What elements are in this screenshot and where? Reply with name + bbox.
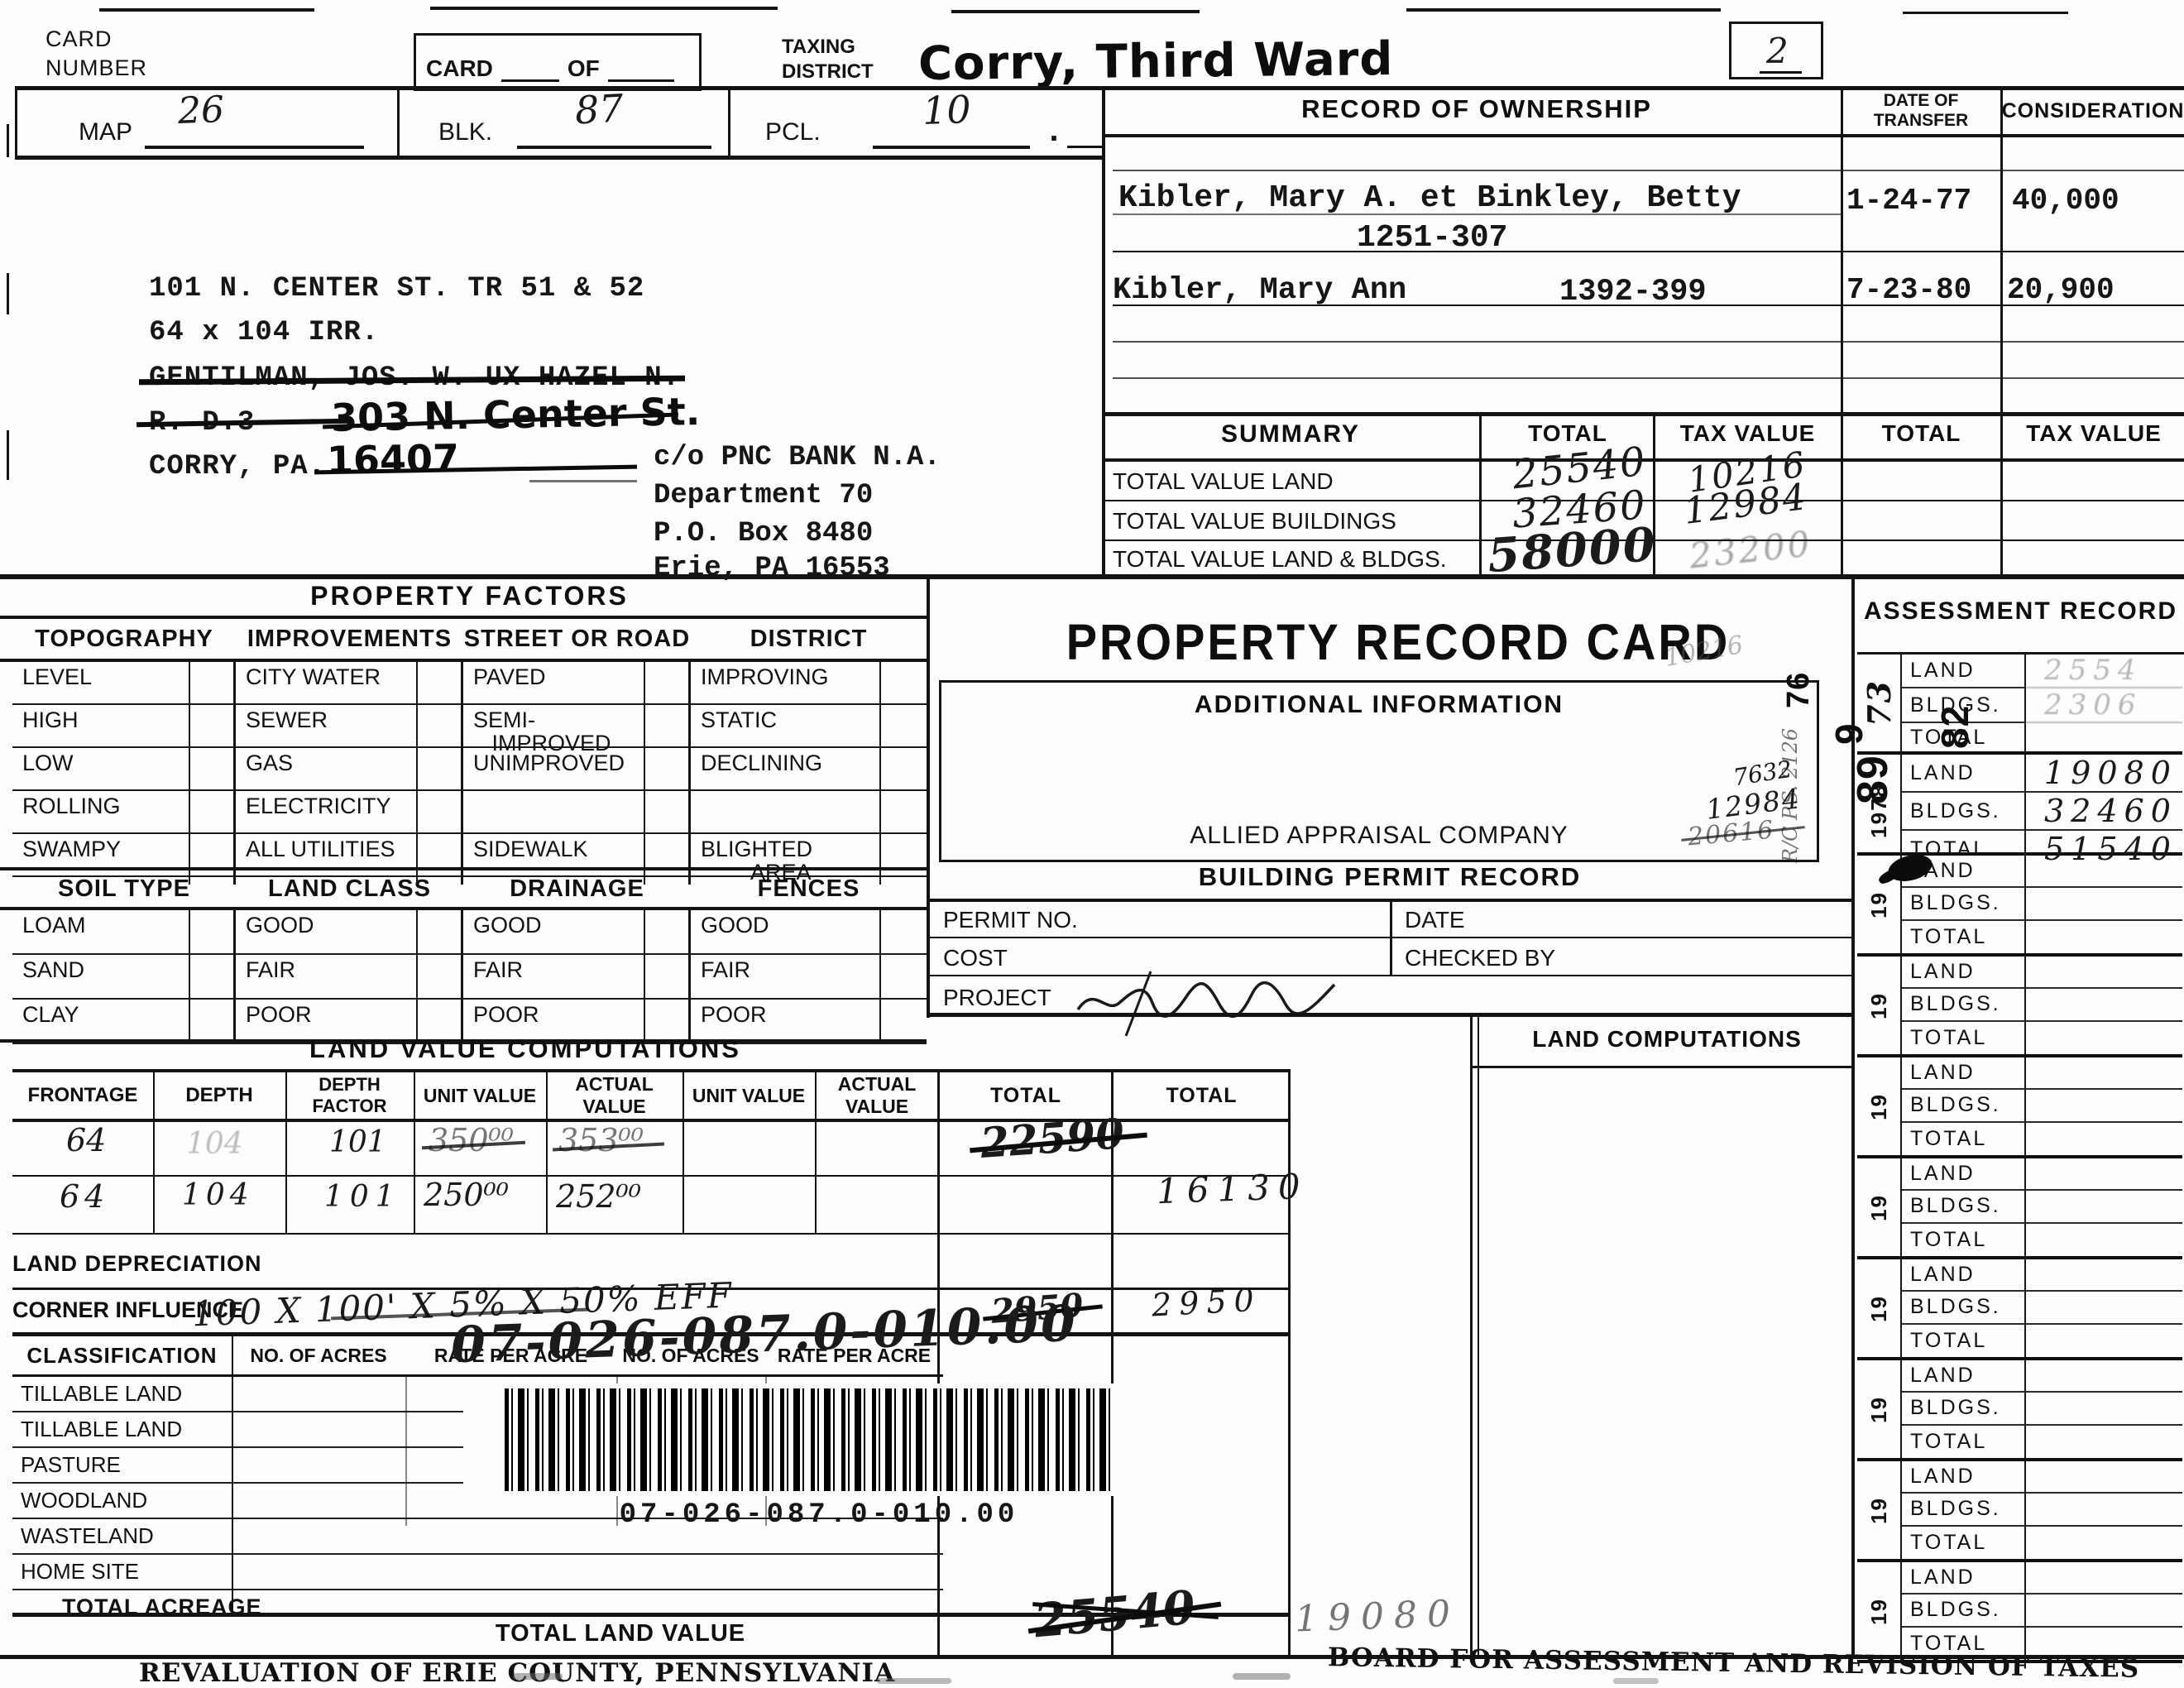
assessment-bldgs-label: BLDGS. [1902, 1191, 2026, 1223]
scan-artifact [7, 124, 9, 157]
rule-line [405, 1377, 407, 1526]
ownership-col-date: DATE OF TRANSFER [1843, 91, 1999, 131]
factor-checkbox [881, 662, 927, 703]
summary-title: SUMMARY [1113, 420, 1468, 448]
assessment-year-group: 19 LAND BLDGS. TOTAL [1857, 1259, 2182, 1360]
assessment-bldgs-label: BLDGS. [1902, 1594, 2026, 1627]
lvc-depth-2: 104 [182, 1178, 254, 1212]
care-of-line: P.O. Box 8480 [654, 518, 873, 549]
scan-artifact [529, 480, 637, 482]
factor-option: UNIMPROVED [463, 748, 645, 789]
assessment-bldgs-label: BLDGS. [1902, 888, 2026, 920]
permit-cost-label: COST [943, 945, 1008, 971]
assessment-bldgs-value [2026, 989, 2182, 1021]
rule-line [15, 86, 17, 160]
rule-line [1113, 341, 2184, 343]
assessment-land-label: LAND [1902, 1461, 2026, 1494]
deed-book-page: 1251-307 [1357, 220, 1507, 256]
card-count-value: 2 [1760, 31, 1802, 74]
assessment-year: 19 [1866, 891, 1892, 918]
rule-line [927, 574, 930, 1018]
scan-artifact [1233, 1673, 1291, 1680]
rule-line [682, 1072, 684, 1235]
rule-line [12, 1233, 1291, 1235]
assessment-total-value [2026, 921, 2182, 953]
factor-checkbox [645, 955, 691, 998]
assessment-land-value [2026, 957, 2182, 989]
col-header-fences: FENCES [691, 870, 927, 907]
rule-line [15, 86, 2184, 90]
assessment-land-label: LAND [1902, 1057, 2026, 1090]
factor-option: CITY WATER [236, 662, 418, 703]
summary-row-label: TOTAL VALUE BUILDINGS [1113, 508, 1396, 535]
rule-line [1841, 86, 1843, 578]
assessment-year: 19 [1866, 1295, 1892, 1322]
lvc-frontage-2: 64 [60, 1178, 109, 1215]
col-header-topography: TOPOGRAPHY [12, 619, 236, 659]
factor-option: SAND [12, 955, 190, 998]
factor-checkbox [418, 748, 463, 789]
assessment-bldgs-label: BLDGS. [1902, 1393, 2026, 1425]
assessment-year: 19 [1866, 1093, 1892, 1120]
rule-line [873, 146, 1030, 149]
col-header-frontage: FRONTAGE [12, 1072, 153, 1119]
assessment-total-label: TOTAL [1902, 1628, 2026, 1660]
soil-headers: SOIL TYPE LAND CLASS DRAINAGE FENCES [12, 870, 927, 907]
assessment-land-value: 19080 [2026, 755, 2182, 793]
assessment-land-label: LAND [1902, 755, 2026, 793]
assessment-year: 73 [1861, 679, 1898, 727]
barcode-number: 07-026-087.0-010.00 [529, 1499, 1109, 1531]
assessment-year: 19 [1866, 1194, 1892, 1221]
assessment-bldgs-value: 32460 [2026, 793, 2182, 831]
rule-line [1067, 146, 1102, 148]
assessment-land-value [2026, 1057, 2182, 1090]
scan-artifact [7, 430, 9, 480]
col-header-unit-value: UNIT VALUE [414, 1072, 546, 1119]
factor-checkbox [881, 955, 927, 998]
card-of-blank [501, 56, 559, 82]
margin-year-stamp: 76 [1781, 672, 1817, 708]
assessment-total-value [2026, 1123, 2182, 1155]
assessment-bldgs-value [2026, 1090, 2182, 1122]
assessment-year-group: 19 LAND BLDGS. TOTAL [1857, 1461, 2182, 1562]
rule-line [232, 1336, 233, 1614]
appraisal-company: ALLIED APPRAISAL COMPANY [941, 822, 1817, 850]
classification-row: TOTAL ACREAGE [12, 1590, 943, 1624]
classification-label: TILLABLE LAND [21, 1381, 182, 1407]
year-stamp-82: 82 [1933, 705, 1977, 749]
factor-option: FAIR [463, 955, 645, 998]
col-header-district: DISTRICT [691, 619, 927, 659]
pcl-value: 10 [922, 87, 971, 133]
factor-option: GOOD [236, 910, 418, 953]
property-factors-row: LOW GAS UNIMPROVED DECLINING [12, 748, 927, 791]
assessment-bldgs-label: BLDGS. [1902, 989, 2026, 1021]
lvc-actual-value-2: 252⁰⁰ [556, 1178, 641, 1215]
col-header-actual-value: ACTUAL VALUE [546, 1072, 682, 1119]
factor-option: GAS [236, 748, 418, 789]
owner-name: Kibler, Mary Ann [1113, 273, 1406, 308]
factor-option: ELECTRICITY [236, 791, 418, 832]
card-of-blank [608, 56, 674, 82]
rule-line [1478, 1017, 1479, 1659]
rule-line [1470, 1017, 1473, 1659]
factor-option: GOOD [463, 910, 645, 953]
summary-col-tax-value2: TAX VALUE [2004, 420, 2184, 447]
factor-option: GOOD [691, 910, 881, 953]
lvc-frontage-1: 64 [66, 1122, 106, 1158]
ownership-col-consideration: CONSIDERATION [2002, 99, 2184, 123]
year-stamp-9: 9 [1827, 722, 1871, 745]
factor-checkbox [190, 748, 236, 789]
building-permit-title: BUILDING PERMIT RECORD [927, 862, 1853, 892]
assessment-land-value [2026, 1360, 2182, 1393]
map-label: MAP [79, 118, 132, 146]
assessment-land-value: 2554 [2026, 654, 2182, 688]
assessment-total-value [2026, 1325, 2182, 1357]
assessment-year-group: 19 LAND BLDGS. TOTAL [1857, 957, 2182, 1057]
property-factors-row: LEVEL CITY WATER PAVED IMPROVING [12, 662, 927, 705]
factor-option: LOW [12, 748, 190, 789]
rule-line [12, 1175, 1291, 1177]
assessment-total-label: TOTAL [1902, 1022, 2026, 1054]
factor-checkbox [645, 662, 691, 703]
taxing-district-value: Corry, Third Ward [918, 32, 1394, 91]
assessment-year: 19 [1866, 1598, 1892, 1625]
factor-option [463, 791, 645, 832]
factor-checkbox [418, 955, 463, 998]
assessment-land-label: LAND [1902, 1360, 2026, 1393]
assessment-total-value [2026, 723, 2182, 751]
scan-artifact [430, 7, 778, 10]
property-record-card-scan: CARD NUMBER CARD OF TAXING DISTRICT Corr… [0, 0, 2184, 1688]
rule-line [1470, 1066, 1853, 1068]
assessment-year-cell: 19 [1857, 1259, 1902, 1357]
care-of-line: c/o PNC BANK N.A. [654, 442, 941, 473]
factor-checkbox [881, 910, 927, 953]
ownership-title: RECORD OF OWNERSHIP [1113, 94, 1841, 124]
assessment-bldgs-value [2026, 888, 2182, 920]
taxing-district-label: TAXING DISTRICT [782, 35, 874, 84]
factor-option [691, 791, 881, 832]
rule-line [15, 156, 1104, 160]
assessment-land-value [2026, 1259, 2182, 1292]
year-stamp-89: 89 [1848, 755, 1898, 804]
assessment-year-cell: 19 [1857, 1360, 1902, 1458]
factor-option: IMPROVING [691, 662, 881, 703]
permit-checked-by-label: CHECKED BY [1405, 945, 1555, 971]
col-header-unit-value2: UNIT VALUE [682, 1072, 815, 1119]
assessment-total-label: TOTAL [1902, 921, 2026, 953]
factor-checkbox [190, 791, 236, 832]
property-factors-row: HIGH SEWER SEMI- IMPROVED STATIC [12, 705, 927, 748]
assessment-bldgs-value [2026, 1494, 2182, 1526]
assessment-land-value [2026, 1158, 2182, 1191]
assessment-total-label: TOTAL [1902, 1123, 2026, 1155]
pcl-period: . [1044, 114, 1064, 151]
classification-label: WASTELAND [21, 1523, 154, 1549]
col-header-land-class: LAND CLASS [236, 870, 463, 907]
assessment-total-value [2026, 1022, 2182, 1054]
city-state: CORRY, PA. [149, 451, 326, 482]
land-value-computations-title: LAND VALUE COMPUTATIONS [12, 1034, 1038, 1064]
card-number-label: CARD NUMBER [45, 25, 147, 83]
transfer-date: 7-23-80 [1846, 273, 1971, 307]
assessment-total-label: TOTAL [1902, 1527, 2026, 1559]
rule-line [1113, 170, 2184, 171]
consideration-value: 20,900 [2007, 273, 2115, 307]
additional-information-title: ADDITIONAL INFORMATION [941, 691, 1817, 719]
assessment-land-value [2026, 1562, 2182, 1594]
factor-checkbox [190, 910, 236, 953]
assessment-year-group: 73 LAND 2554 BLDGS. 2306 TOTAL [1857, 654, 2182, 755]
property-factors-grid: LEVEL CITY WATER PAVED IMPROVING HIGH SE… [12, 662, 927, 877]
assessment-land-label: LAND [1902, 957, 2026, 989]
land-depreciation-label: LAND DEPRECIATION [12, 1251, 262, 1277]
assessment-total-value [2026, 1426, 2182, 1458]
total-land-value-label: TOTAL LAND VALUE [463, 1620, 778, 1647]
rule-line [815, 1072, 817, 1235]
factor-option: FAIR [236, 955, 418, 998]
rule-line [397, 86, 400, 160]
property-factors-title: PROPERTY FACTORS [12, 581, 927, 611]
assessment-year-group: 1978 LAND 19080 BLDGS. 32460 TOTAL 51540 [1857, 755, 2182, 856]
scan-artifact [7, 273, 9, 314]
factor-checkbox [190, 955, 236, 998]
rule-line [1113, 251, 2184, 252]
scan-artifact [951, 10, 1200, 13]
assessment-record-title: ASSESSMENT RECORD [1857, 597, 2184, 626]
factor-checkbox [418, 662, 463, 703]
assessment-land-value [2026, 1461, 2182, 1494]
care-of-line: Erie, PA 16553 [654, 553, 890, 584]
soil-row: SAND FAIR FAIR FAIR [12, 955, 927, 1000]
assessment-land-label: LAND [1902, 1259, 2026, 1292]
assessment-land-label: LAND [1902, 1158, 2026, 1191]
project-handwriting-squiggle [1071, 966, 1344, 1041]
summary-tax-all: 23200 [1688, 523, 1814, 576]
factor-checkbox [645, 748, 691, 789]
col-header-soil-type: SOIL TYPE [12, 870, 236, 907]
zip-handwritten-struck: 16407 [327, 436, 460, 483]
assessment-land-label: LAND [1902, 654, 2026, 688]
barcode-area [463, 1383, 1158, 1496]
assessment-year-cell: 19 [1857, 957, 1902, 1054]
transfer-date: 1-24-77 [1846, 184, 1971, 218]
rule-line [153, 1072, 155, 1235]
assessment-bldgs-label: BLDGS. [1902, 1494, 2026, 1526]
blk-label: BLK. [438, 118, 492, 146]
factor-option: DECLINING [691, 748, 881, 789]
soil-grid: LOAM GOOD GOOD GOOD SAND FAIR FAIR FAIR … [12, 910, 927, 1044]
property-address-line2: 64 x 104 IRR. [149, 317, 379, 348]
rule-line [1479, 412, 1482, 576]
scan-artifact [877, 1678, 951, 1684]
card-of-card-label: CARD [426, 55, 493, 82]
property-address-line1: 101 N. CENTER ST. TR 51 & 52 [149, 273, 644, 305]
permit-project-label: PROJECT [943, 985, 1051, 1011]
assessment-bldgs-label: BLDGS. [1902, 793, 2026, 831]
margin-handwritten-note: R/C P.S. 2126 [1779, 728, 1802, 863]
lvc-unit-value-2: 250⁰⁰ [424, 1177, 509, 1213]
assessment-total-label: TOTAL [1902, 1426, 2026, 1458]
assessment-total-label: TOTAL [1902, 1224, 2026, 1256]
col-header-total2: TOTAL [1113, 1072, 1291, 1119]
assessment-year-cell: 19 [1857, 1057, 1902, 1155]
col-header-actual-value2: ACTUAL VALUE [815, 1072, 939, 1119]
assessment-land-value [2026, 856, 2182, 888]
lvc-depth-factor-1: 101 [329, 1125, 386, 1159]
scan-artifact [99, 8, 314, 12]
summary-row-label: TOTAL VALUE LAND & BLDGS. [1113, 546, 1447, 573]
assessment-total-label: TOTAL [1902, 1325, 2026, 1357]
col-header-no-acres: NO. OF ACRES [232, 1336, 405, 1374]
factor-option: PAVED [463, 662, 645, 703]
card-of-box: CARD OF [414, 33, 702, 91]
scan-artifact [1903, 12, 2068, 14]
rule-line [0, 574, 2184, 579]
rule-line [728, 86, 730, 160]
assessment-bldgs-label: BLDGS. [1902, 1292, 2026, 1324]
summary-col-total2: TOTAL [1845, 420, 1998, 447]
factor-option: LEVEL [12, 662, 190, 703]
scan-artifact [1406, 8, 1721, 12]
summary-row-label: TOTAL VALUE LAND [1113, 468, 1334, 495]
consideration-value: 40,000 [2012, 184, 2119, 218]
classification-label: TILLABLE LAND [21, 1417, 182, 1442]
assessment-bldgs-value [2026, 1393, 2182, 1425]
card-of-of-label: OF [568, 55, 600, 82]
rule-line [1288, 1069, 1291, 1657]
factor-option: ROLLING [12, 791, 190, 832]
assessment-year-cell: 19 [1857, 1461, 1902, 1559]
assessment-year-group: 19 LAND BLDGS. TOTAL [1857, 1158, 2182, 1259]
rule-line [927, 975, 1853, 976]
assessment-year-group: 19 LAND BLDGS. TOTAL [1857, 1057, 2182, 1158]
assessment-total-value [2026, 1527, 2182, 1559]
property-factors-row: ROLLING ELECTRICITY [12, 791, 927, 834]
permit-date-label: DATE [1405, 907, 1465, 933]
assessment-bldgs-value [2026, 1594, 2182, 1627]
land-computations-title: LAND COMPUTATIONS [1481, 1026, 1853, 1053]
deed-book-page: 1392-399 [1559, 275, 1707, 309]
classification-label: PASTURE [21, 1452, 121, 1478]
rule-line [414, 1072, 415, 1235]
pcl-label: PCL. [765, 118, 821, 146]
lvc-depth-factor-2: 101 [324, 1180, 401, 1214]
classification-label: HOME SITE [21, 1559, 139, 1585]
factor-option: FAIR [691, 955, 881, 998]
assessment-bldgs-value: 2306 [2026, 688, 2182, 723]
classification-row: HOME SITE [12, 1555, 943, 1590]
assessment-record-table: 73 LAND 2554 BLDGS. 2306 TOTAL 1978 LAND… [1857, 654, 2182, 1663]
property-factors-headers: TOPOGRAPHY IMPROVEMENTS STREET OR ROAD D… [12, 619, 927, 659]
rule-line [1113, 377, 2184, 379]
rule-line [927, 1013, 1853, 1017]
rule-line [145, 146, 364, 149]
summary-col-tax-value: TAX VALUE [1659, 420, 1837, 447]
scan-artifact [513, 1673, 563, 1680]
lvc-actual-value-1: 353⁰⁰ [558, 1122, 644, 1158]
factor-option: LOAM [12, 910, 190, 953]
record-card-title: PROPERTY RECORD CARD [1026, 612, 1770, 672]
factor-checkbox [645, 791, 691, 832]
assessment-total-value [2026, 1224, 2182, 1256]
assessment-year-group: 19 LAND BLDGS. TOTAL [1857, 1562, 2182, 1663]
factor-checkbox [418, 791, 463, 832]
total-land-value: 19080 [1294, 1593, 1461, 1641]
map-value: 26 [177, 89, 225, 132]
col-header-improvements: IMPROVEMENTS [236, 619, 463, 659]
rule-line [1102, 86, 1105, 578]
care-of-line: Department 70 [654, 480, 873, 511]
assessment-total-value [2026, 1628, 2182, 1660]
col-header-drainage: DRAINAGE [463, 870, 691, 907]
scan-artifact [1613, 1678, 1659, 1684]
col-header-depth: DEPTH [153, 1072, 285, 1119]
classification-label: WOODLAND [21, 1488, 147, 1513]
rule-line [285, 1072, 287, 1235]
factor-checkbox [418, 910, 463, 953]
assessment-bldgs-label: BLDGS. [1902, 1090, 2026, 1122]
rule-line [517, 146, 711, 149]
assessment-year-cell: 19 [1857, 1158, 1902, 1256]
col-header-classification: CLASSIFICATION [12, 1336, 232, 1374]
assessment-year-group: 19 LAND BLDGS. TOTAL [1857, 1360, 2182, 1461]
soil-row: LOAM GOOD GOOD GOOD [12, 910, 927, 955]
lvc-unit-value-1: 350⁰⁰ [429, 1122, 514, 1158]
rule-line [1102, 412, 2184, 416]
factor-checkbox [881, 748, 927, 789]
assessment-land-label: LAND [1902, 1562, 2026, 1594]
col-header-depth-factor: DEPTH FACTOR [285, 1072, 414, 1119]
rule-line [1102, 134, 2184, 137]
permit-no-label: PERMIT NO. [943, 907, 1078, 933]
assessment-bldgs-value [2026, 1292, 2182, 1324]
lvc-depth-1: 104 [186, 1127, 243, 1161]
card-count-box: 2 [1729, 22, 1823, 79]
rule-line [2000, 86, 2003, 578]
rule-line [1390, 899, 1392, 975]
assessment-year-cell: 19 [1857, 1562, 1902, 1660]
factor-checkbox [881, 791, 927, 832]
assessment-year: 19 [1866, 992, 1892, 1019]
barcode [505, 1388, 1117, 1491]
factor-checkbox [645, 910, 691, 953]
factor-checkbox [190, 662, 236, 703]
col-header-street: STREET OR ROAD [463, 619, 691, 659]
assessment-bldgs-value [2026, 1191, 2182, 1223]
owner-name: Kibler, Mary A. et Binkley, Betty [1118, 180, 1741, 216]
lvc-total-2: 16130 [1156, 1166, 1309, 1211]
assessment-year: 19 [1866, 1497, 1892, 1524]
rule-line [546, 1072, 548, 1235]
assessment-year: 19 [1866, 1396, 1892, 1423]
blk-value: 87 [574, 86, 625, 133]
corner-influence-total: 2950 [1151, 1282, 1262, 1324]
